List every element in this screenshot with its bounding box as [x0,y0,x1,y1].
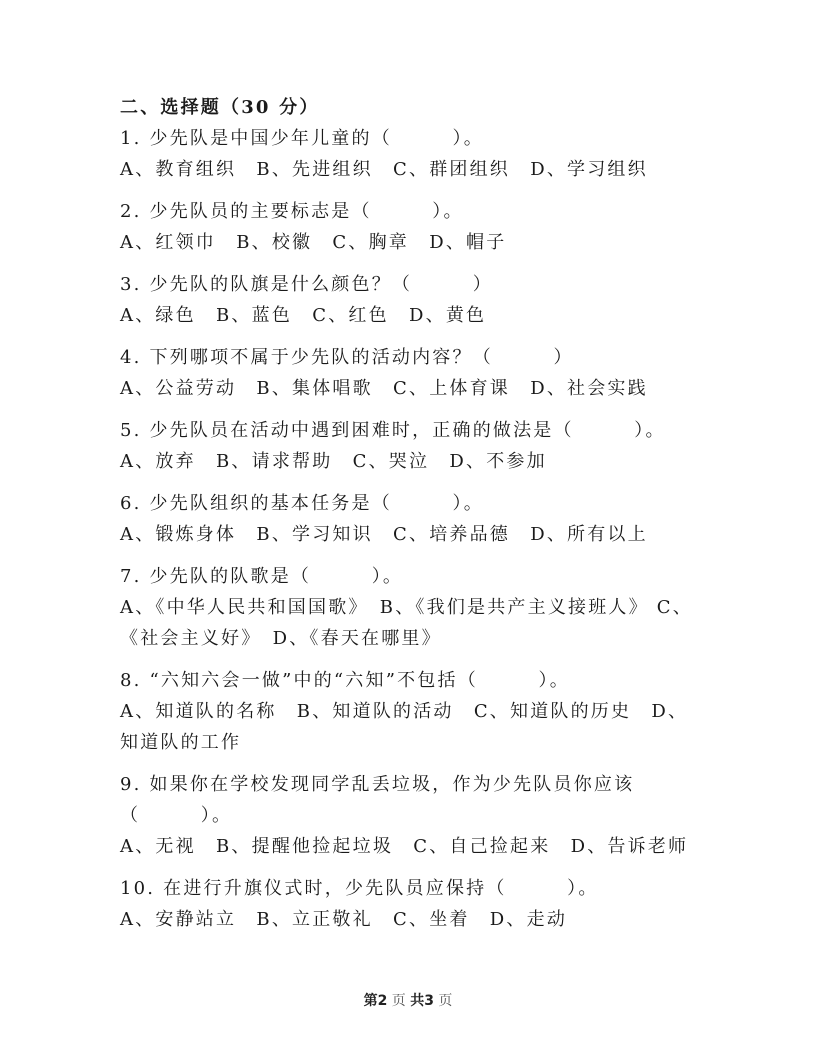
question-options: A、红领巾 B、校徽 C、胸章 D、帽子 [120,227,695,258]
current-page-number: 2 [378,993,388,1009]
page-unit: 页 [392,993,406,1009]
page-prefix: 第 [364,993,378,1009]
question-7: 7. 少先队的队歌是（ ）。 A、《中华人民共和国国歌》 B、《我们是共产主义接… [120,561,695,654]
question-options: A、《中华人民共和国国歌》 B、《我们是共产主义接班人》 C、《社会主义好》 D… [120,592,695,654]
question-options: A、无视 B、提醒他捡起垃圾 C、自己捡起来 D、告诉老师 [120,831,695,862]
question-stem: 9. 如果你在学校发现同学乱丢垃圾，作为少先队员你应该（ ）。 [120,769,695,831]
question-stem: 3. 少先队的队旗是什么颜色？（ ） [120,269,695,300]
question-1: 1. 少先队是中国少年儿童的（ ）。 A、教育组织 B、先进组织 C、群团组织 … [120,123,695,185]
question-stem: 1. 少先队是中国少年儿童的（ ）。 [120,123,695,154]
question-options: A、放弃 B、请求帮助 C、哭泣 D、不参加 [120,446,695,477]
section-title: 二、选择题（30 分） [120,92,695,123]
question-options: A、公益劳动 B、集体唱歌 C、上体育课 D、社会实践 [120,373,695,404]
question-9: 9. 如果你在学校发现同学乱丢垃圾，作为少先队员你应该（ ）。 A、无视 B、提… [120,769,695,862]
question-4: 4. 下列哪项不属于少先队的活动内容？（ ） A、公益劳动 B、集体唱歌 C、上… [120,342,695,404]
question-options: A、绿色 B、蓝色 C、红色 D、黄色 [120,300,695,331]
question-5: 5. 少先队员在活动中遇到困难时，正确的做法是（ ）。 A、放弃 B、请求帮助 … [120,415,695,477]
total-page-count: 3 [424,993,434,1009]
question-3: 3. 少先队的队旗是什么颜色？（ ） A、绿色 B、蓝色 C、红色 D、黄色 [120,269,695,331]
question-stem: 6. 少先队组织的基本任务是（ ）。 [120,488,695,519]
question-options: A、安静站立 B、立正敬礼 C、坐着 D、走动 [120,904,695,935]
total-prefix: 共 [410,993,424,1009]
question-stem: 8. “六知六会一做”中的“六知”不包括（ ）。 [120,665,695,696]
question-6: 6. 少先队组织的基本任务是（ ）。 A、锻炼身体 B、学习知识 C、培养品德 … [120,488,695,550]
question-options: A、锻炼身体 B、学习知识 C、培养品德 D、所有以上 [120,519,695,550]
question-10: 10. 在进行升旗仪式时，少先队员应保持（ ）。 A、安静站立 B、立正敬礼 C… [120,873,695,935]
question-stem: 4. 下列哪项不属于少先队的活动内容？（ ） [120,342,695,373]
question-stem: 5. 少先队员在活动中遇到困难时，正确的做法是（ ）。 [120,415,695,446]
question-stem: 7. 少先队的队歌是（ ）。 [120,561,695,592]
exam-page-content: 二、选择题（30 分） 1. 少先队是中国少年儿童的（ ）。 A、教育组织 B、… [120,92,695,946]
question-options: A、教育组织 B、先进组织 C、群团组织 D、学习组织 [120,154,695,185]
question-2: 2. 少先队员的主要标志是（ ）。 A、红领巾 B、校徽 C、胸章 D、帽子 [120,196,695,258]
question-stem: 10. 在进行升旗仪式时，少先队员应保持（ ）。 [120,873,695,904]
page-footer: 第2 页 共3 页 [0,990,816,1010]
question-stem: 2. 少先队员的主要标志是（ ）。 [120,196,695,227]
question-8: 8. “六知六会一做”中的“六知”不包括（ ）。 A、知道队的名称 B、知道队的… [120,665,695,758]
total-unit: 页 [438,993,452,1009]
question-options: A、知道队的名称 B、知道队的活动 C、知道队的历史 D、知道队的工作 [120,696,695,758]
